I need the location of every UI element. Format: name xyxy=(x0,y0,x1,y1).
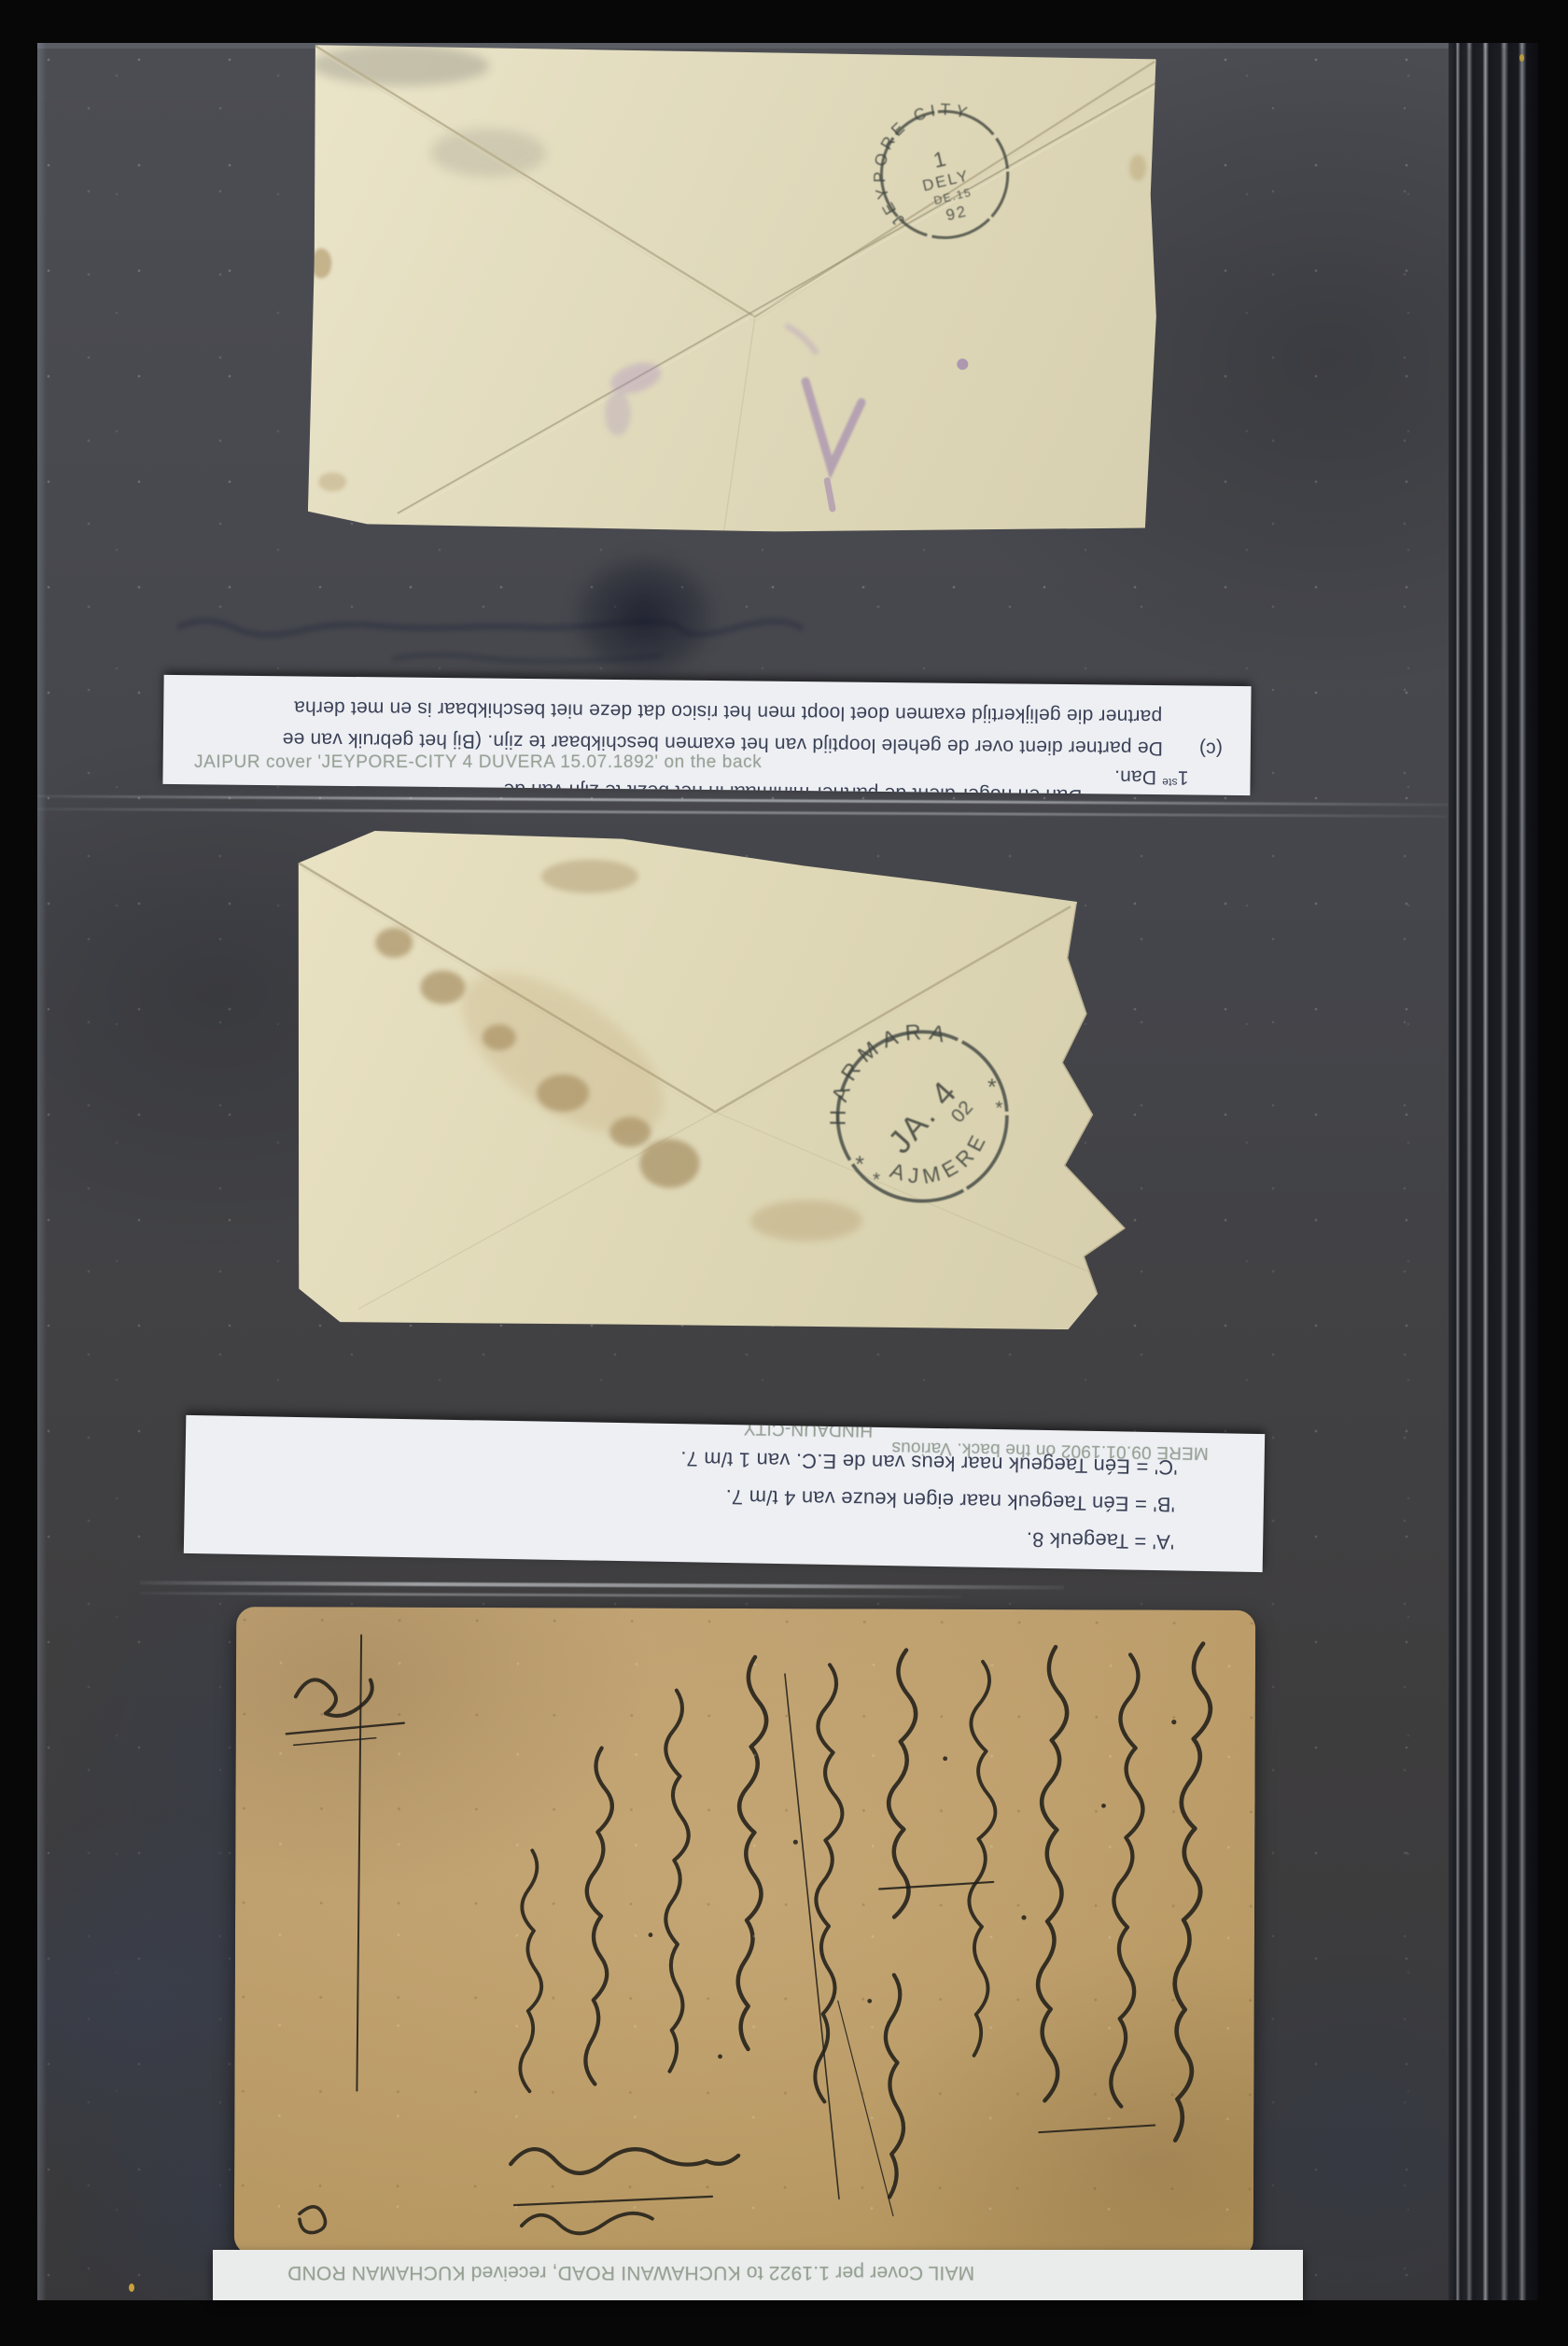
yellow-speck xyxy=(129,2283,134,2292)
label-strip-top: Dan en hoger dient de partner minimaal i… xyxy=(162,675,1251,795)
yellow-speck xyxy=(1519,54,1524,62)
label-strip-middle: 'A' = Taegeuk 8. 'B' = Eén Taegeuk naar … xyxy=(184,1415,1265,1572)
page-left-edge-highlight xyxy=(37,43,47,2300)
album-photo: JEYPORE CITY 1 DELY DE.15 92 Dan en hoge… xyxy=(0,0,1568,2346)
flap-crease-lines xyxy=(299,859,1071,1114)
postmark-jeypore-num: 1 xyxy=(931,147,947,173)
label-strip-bottom: MAIL Cover per 1.1922 to KUCHAWANI ROAD,… xyxy=(213,2250,1303,2300)
postcard-bottom xyxy=(234,1607,1255,2258)
strip2-line-a: 'A' = Taegeuk 8. xyxy=(1026,1527,1174,1554)
envelope-top: JEYPORE CITY 1 DELY DE.15 92 xyxy=(308,41,1160,536)
purple-ink-smudges xyxy=(604,324,969,510)
postmark-star-icon: * xyxy=(995,1097,1002,1118)
postcard-texture xyxy=(234,1607,1255,2258)
envelope-top-artwork: JEYPORE CITY 1 DELY DE.15 92 xyxy=(308,41,1160,536)
postmark-star-icon: * xyxy=(855,1153,864,1178)
ink-smudge-band xyxy=(546,532,742,700)
strip1-dan-item: 1ste Dan. xyxy=(1114,766,1189,790)
postmark-star-icon: * xyxy=(873,1169,880,1190)
strip2-line-b: 'B' = Eén Taegeuk naar eigen keuze van 4… xyxy=(725,1484,1175,1516)
strip3-ghost-description: MAIL Cover per 1.1922 to KUCHAWANI ROAD,… xyxy=(287,2261,974,2283)
strip1-ghost-description: JAIPUR cover 'JEYPORE-CITY 4 DUVERA 15.0… xyxy=(194,752,762,773)
postmark-harmara: HARMARA AJMERE JA. 4 02 * * * * xyxy=(799,990,1007,1204)
page-top-edge-highlight xyxy=(37,43,1538,49)
flap-crease-lines xyxy=(312,45,1155,320)
strip1-c-continuation: partner die gelijkertijd examen doet loo… xyxy=(294,695,1163,727)
sleeve-binder-edge xyxy=(1449,43,1538,2300)
